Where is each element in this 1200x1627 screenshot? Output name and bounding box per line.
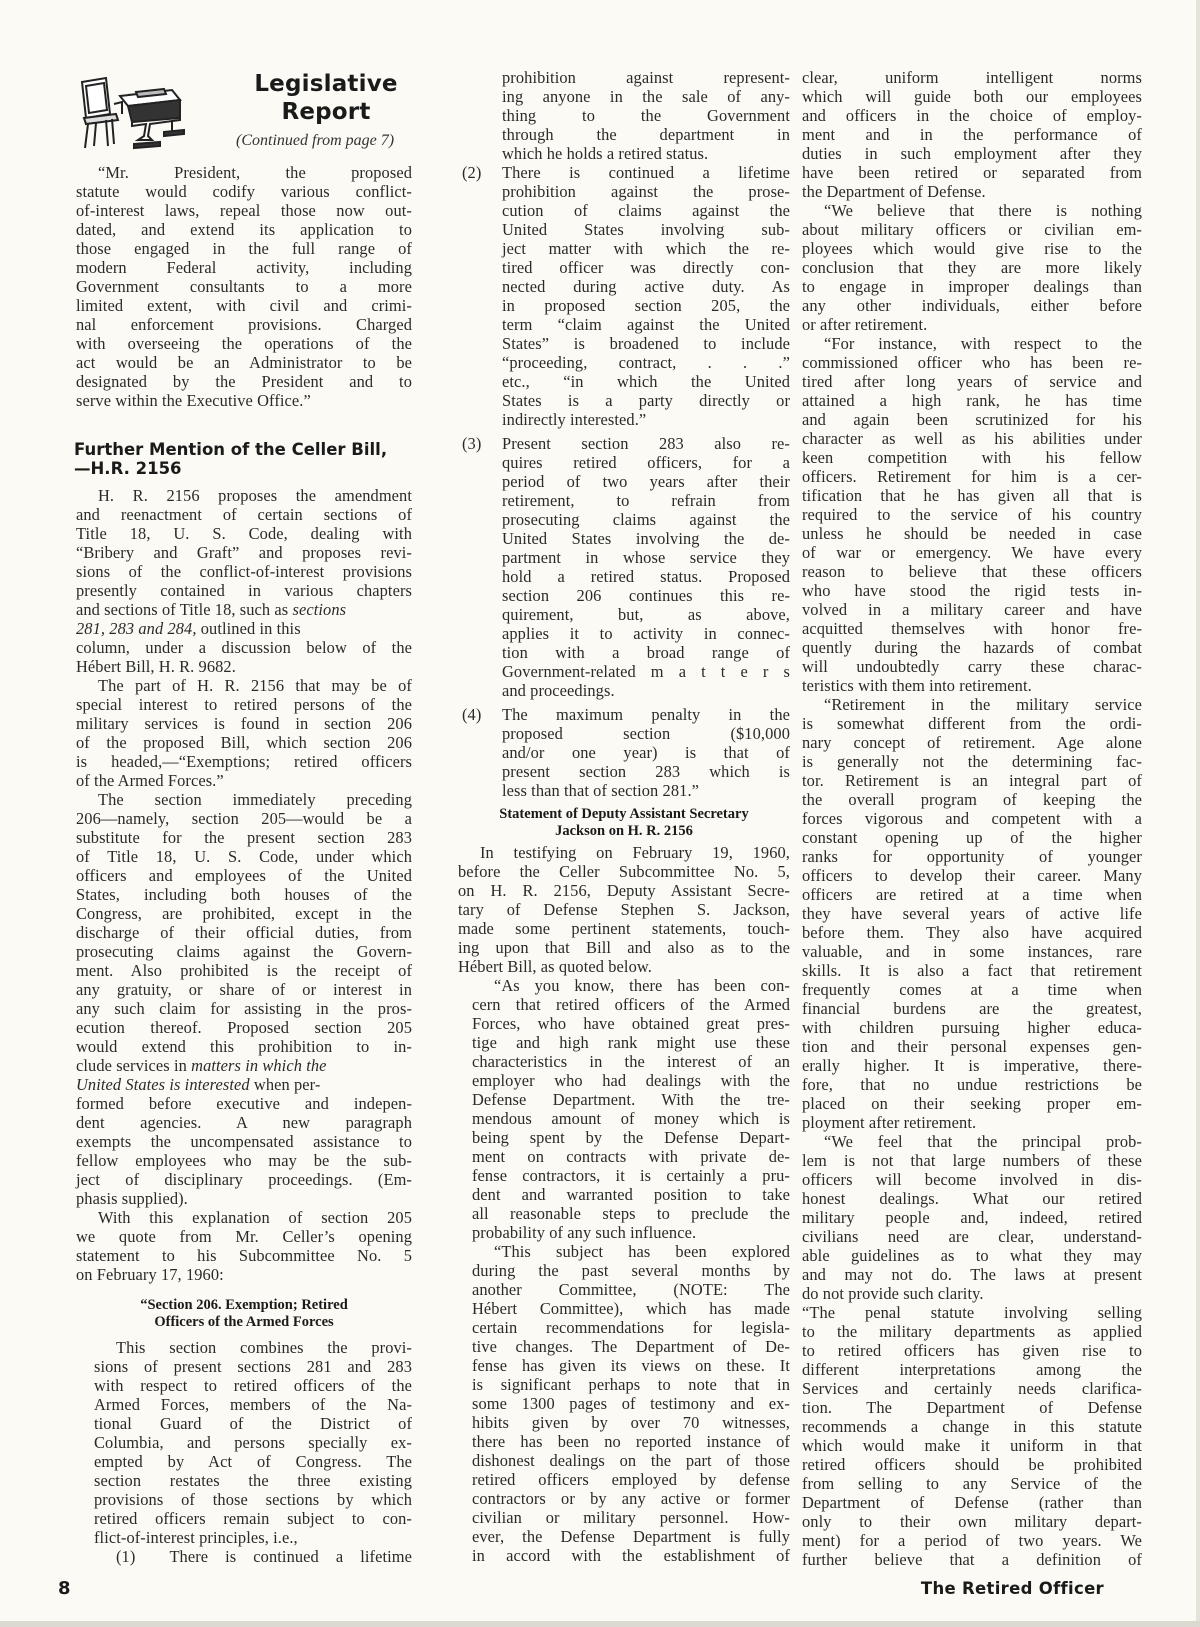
continued-note: (Continued from page 7) — [236, 132, 486, 150]
section-heading: Further Mention of the Celler Bill, — [74, 440, 412, 459]
subheading: Jackson on H. R. 2156 — [458, 823, 790, 839]
magazine-page: Legislative Report (Continued from page … — [0, 0, 1200, 1627]
subheading: Officers of the Armed Forces — [76, 1314, 412, 1330]
desk-and-chair-icon — [76, 74, 186, 154]
publication-name: The Retired Officer — [921, 1579, 1104, 1598]
scan-edge — [1196, 0, 1200, 1627]
list-item: (1) There is continued a lifetime — [94, 1547, 412, 1566]
section-header: Legislative Report (Continued from page … — [76, 66, 412, 156]
subheading: Statement of Deputy Assistant Secretary — [458, 806, 790, 822]
subheading: “Section 206. Exemption; Retired — [76, 1297, 412, 1313]
scan-edge — [0, 1621, 1200, 1627]
section-title: Report — [236, 99, 416, 125]
section-title: Legislative — [236, 71, 416, 97]
section-heading: —H.R. 2156 — [74, 459, 412, 478]
page-number: 8 — [58, 1578, 71, 1599]
